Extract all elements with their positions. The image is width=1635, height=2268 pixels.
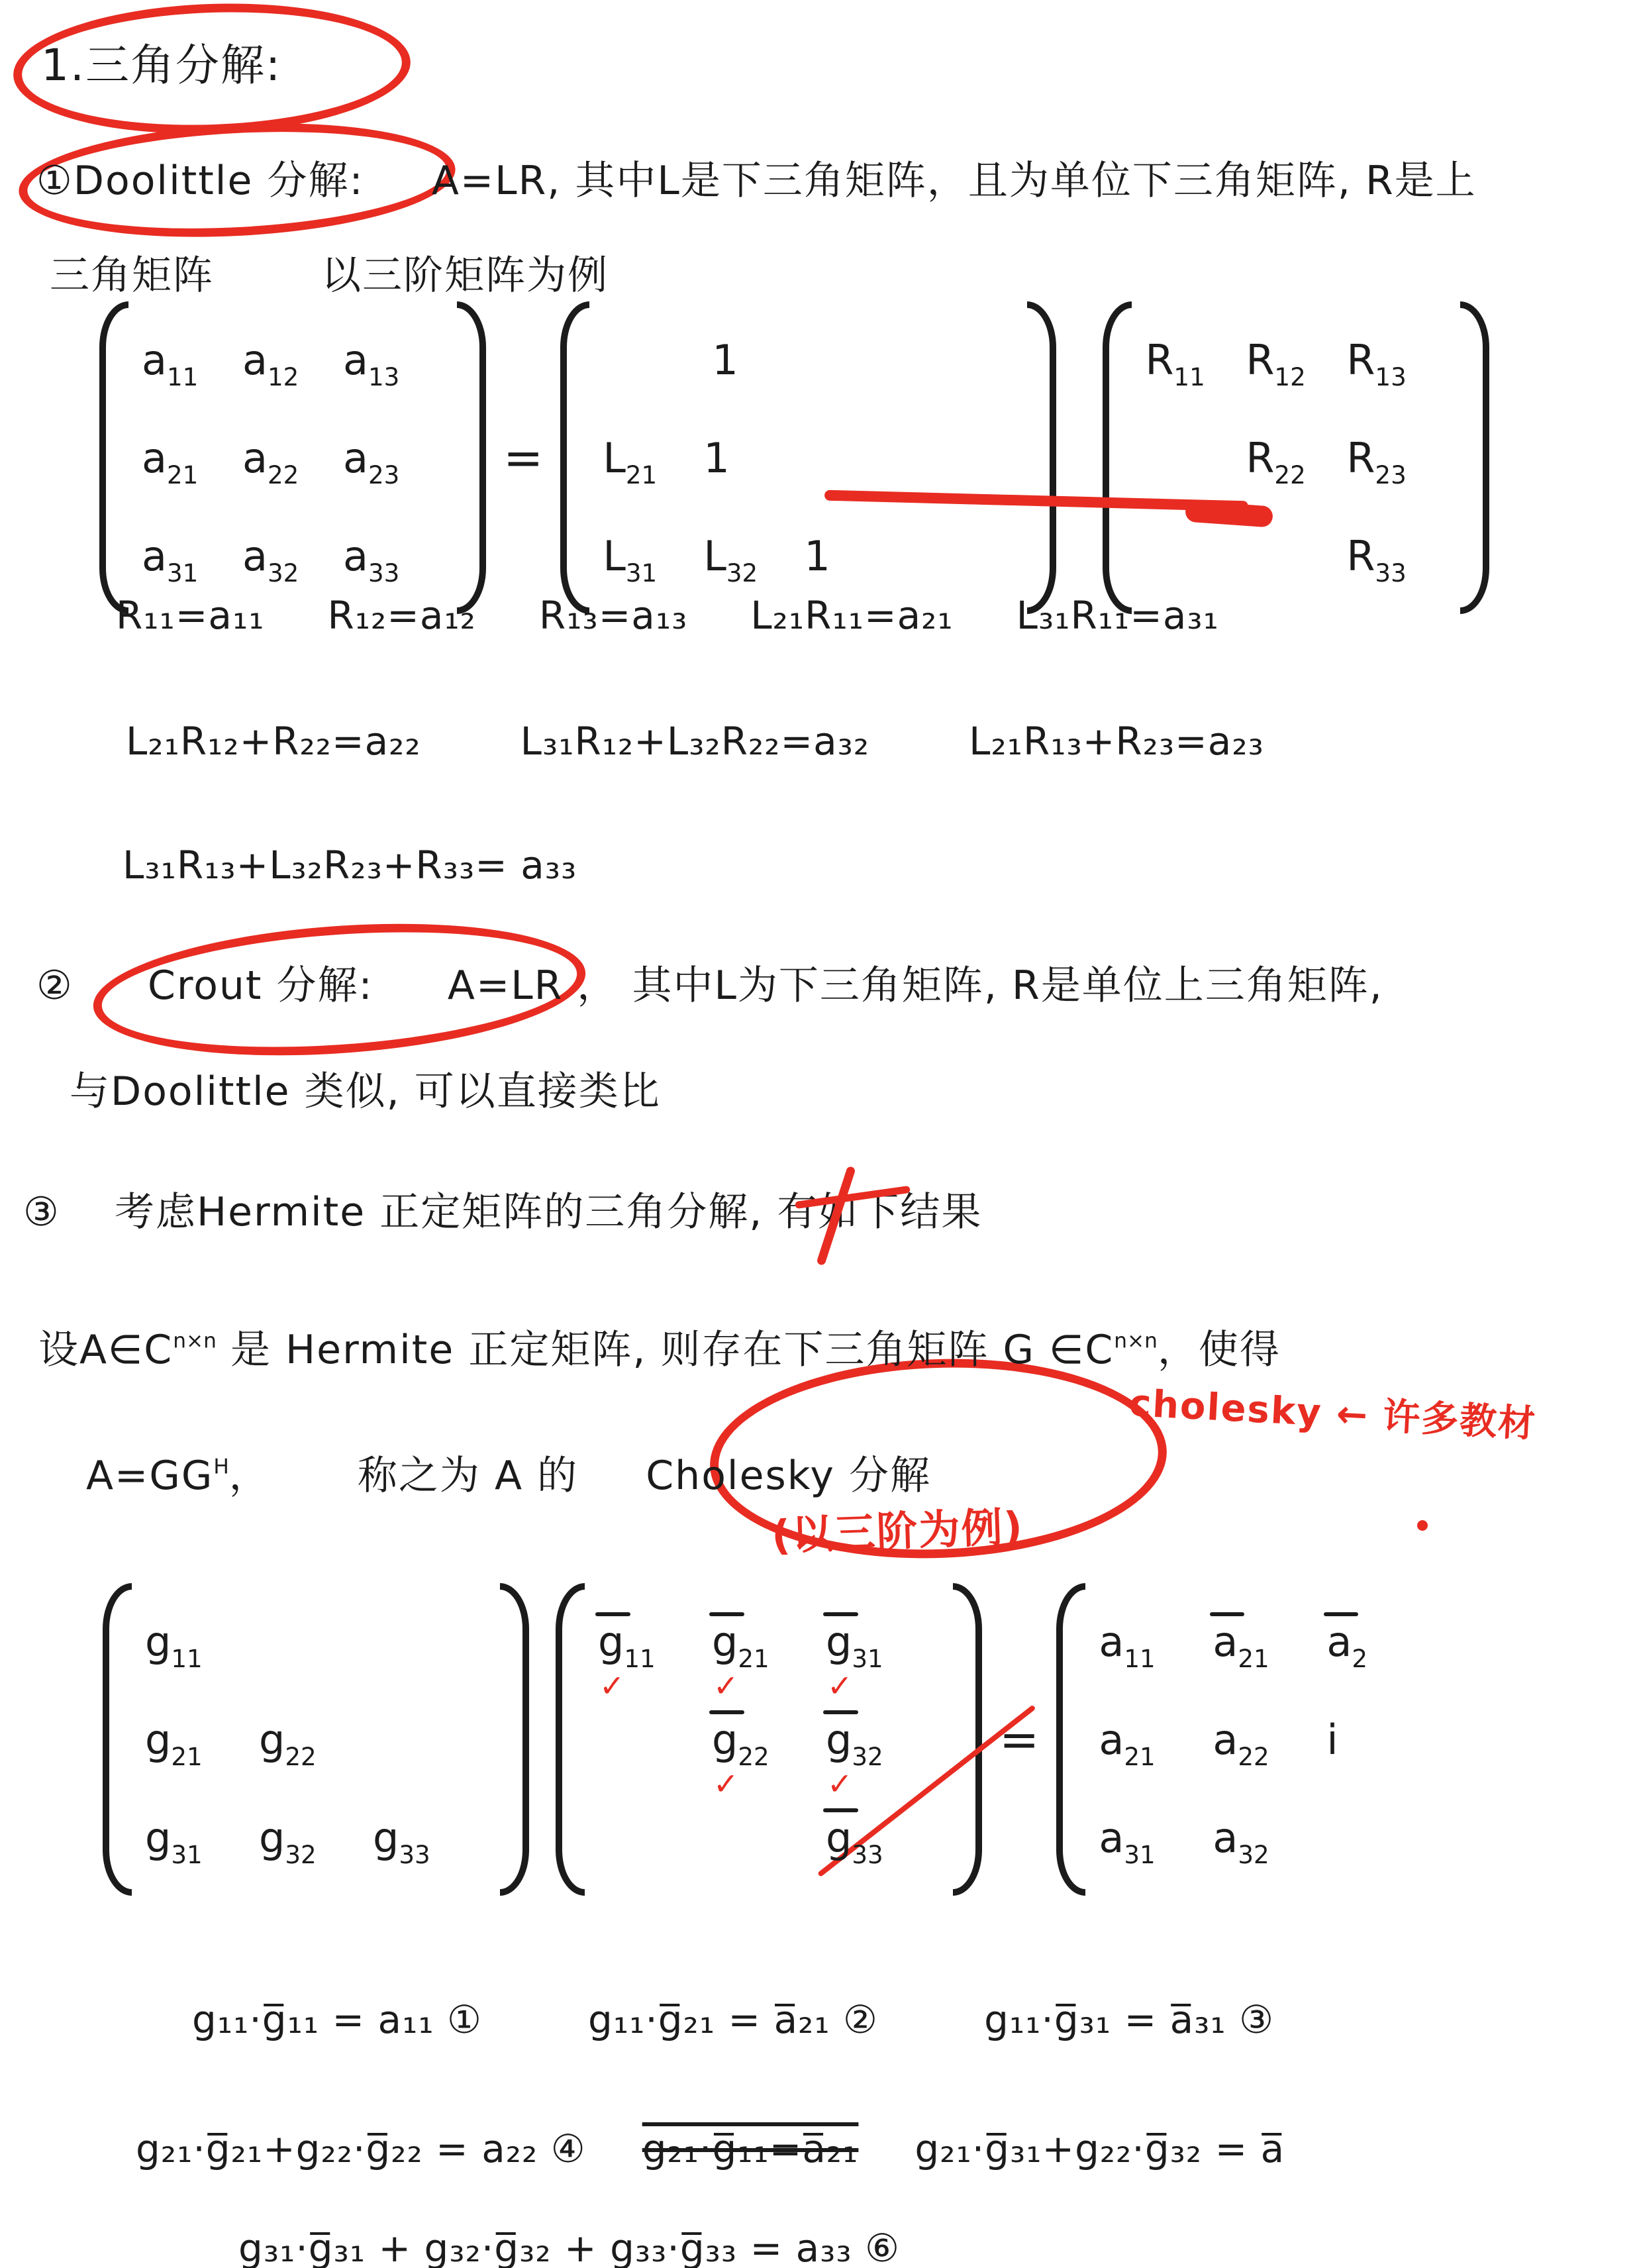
matrix-cell: a13 xyxy=(343,311,444,409)
superscript-nxn: n×n xyxy=(173,1329,217,1353)
matrix-R: R11R12R13R22R23R33 xyxy=(1103,301,1489,614)
matrix-G-conjugate-transpose: g11g21g31g22g32g33 xyxy=(556,1583,982,1896)
matrix-cell: L31 xyxy=(603,507,703,605)
matrix-cell: 1 xyxy=(712,311,813,409)
right-paren-icon xyxy=(953,1583,982,1896)
cholesky-called-text: 称之为 A 的 xyxy=(358,1453,578,1499)
matrix-cell: 1 xyxy=(804,507,905,605)
page-title: 1.三角分解: xyxy=(41,30,281,93)
cholesky-matrix-equation: g11g21g22g31g32g33 g11g21g31g22g32g33 = … xyxy=(103,1583,1444,1896)
matrix-cell: g22 xyxy=(712,1690,826,1788)
matrix-cell: R12 xyxy=(1246,311,1346,409)
matrix-cell: g11 xyxy=(145,1592,259,1690)
matrix-cell: a31 xyxy=(142,507,242,605)
doolittle-eq-row2: L₂₁R₁₂+R₂₂=a₂₂ L₃₁R₁₂+L₃₂R₂₂=a₃₂ L₂₁R₁₃+… xyxy=(126,719,1264,764)
matrix-cell: g31 xyxy=(145,1788,259,1886)
matrix-A-hermite: a11a21a2a21a22ia31a32 xyxy=(1056,1583,1444,1896)
matrix-cell: a33 xyxy=(343,507,444,605)
left-paren-icon xyxy=(1056,1583,1085,1896)
cholesky-definition-line: A=GGH， 称之为 A 的 Cholesky 分解 xyxy=(86,1444,931,1501)
matrix-cell-empty xyxy=(259,1592,373,1690)
equation: L₂₁R₁₁=a₂₁ xyxy=(750,593,953,638)
cholesky-eq-row1: g₁₁·g̅₁₁ = a₁₁ ① g₁₁·g̅₂₁ = a̅₂₁ ② g₁₁·g… xyxy=(192,1997,1274,2042)
matrix-cell: 1 xyxy=(703,409,804,507)
equation: R₁₂=a₁₂ xyxy=(327,593,475,638)
hermite-setup-line: 设A∈Cn×n 是 Hermite 正定矩阵, 则存在下三角矩阵 G ∈Cn×n… xyxy=(38,1318,1281,1375)
crout-heading-line: ② Crout 分解: A=LR ， 其中L为下三角矩阵, R是单位上三角矩阵, xyxy=(36,954,1383,1011)
right-paren-icon xyxy=(457,301,486,614)
matrix-cell: g11 xyxy=(598,1592,712,1690)
matrix-cell: R22 xyxy=(1246,409,1346,507)
matrix-cell: a12 xyxy=(242,311,343,409)
doolittle-intro-line2: 三角矩阵 以三阶矩阵为例 xyxy=(50,244,609,301)
right-paren-icon xyxy=(500,1583,529,1896)
equation: g₁₁·g̅₁₁ = a₁₁ ① xyxy=(192,1997,482,2042)
matrix-cell: a32 xyxy=(242,507,343,605)
equation: L₃₁R₁₂+L₃₂R₂₂=a₃₂ xyxy=(520,719,869,764)
matrix-cell-empty xyxy=(1145,409,1246,507)
left-paren-icon xyxy=(99,301,128,614)
matrix-cell: g32 xyxy=(259,1788,373,1886)
doolittle-eq-row1: R₁₁=a₁₁ R₁₂=a₁₂ R₁₃=a₁₃ L₂₁R₁₁=a₂₁ L₃₁R₁… xyxy=(116,593,1219,638)
matrix-cell: a22 xyxy=(1213,1690,1326,1788)
equation: L₂₁R₁₃+R₂₃=a₂₃ xyxy=(969,719,1264,764)
superscript-nxn: n×n xyxy=(1114,1329,1158,1353)
matrix-cell: R33 xyxy=(1346,507,1447,605)
doolittle-intro1: A=LR, 其中L是下三角矩阵，且为单位下三角矩阵, R是上 xyxy=(432,158,1477,204)
equation: g₁₁·g̅₃₁ = a̅₃₁ ③ xyxy=(984,1997,1274,2042)
doolittle-eq-row3: L₃₁R₁₃+L₃₂R₂₃+R₃₃= a₃₃ xyxy=(123,843,577,888)
left-paren-icon xyxy=(1103,301,1132,614)
right-paren-icon xyxy=(1460,301,1489,614)
matrix-cell: a11 xyxy=(142,311,242,409)
cholesky-eq-row2: g₂₁·g̅₂₁+g₂₂·g̅₂₂ = a₂₂ ④ g₂₁·g̅₁₁=a̅₂₁ … xyxy=(136,2126,1285,2171)
matrix-cell: g31 xyxy=(826,1592,940,1690)
cholesky-formula: A=GG xyxy=(86,1453,213,1499)
equation: L₂₁R₁₂+R₂₂=a₂₂ xyxy=(126,719,421,764)
doolittle-label: Doolittle 分解: xyxy=(74,158,364,204)
setup-mid: 是 Hermite 正定矩阵, 则存在下三角矩阵 G ∈C xyxy=(230,1327,1114,1373)
setup-pre: 设A∈C xyxy=(38,1327,173,1373)
crout-analogy-text: 与Doolittle 类似, 可以直接类比 xyxy=(70,1068,661,1115)
matrix-cell-empty xyxy=(813,311,913,409)
ink-layer: 1.三角分解: ①Doolittle 分解: A=LR, 其中L是下三角矩阵，且… xyxy=(0,0,1635,2268)
crout-label: Crout 分解: xyxy=(148,962,373,1009)
crout-number: ② xyxy=(36,962,74,1009)
matrix-cell: a21 xyxy=(142,409,242,507)
matrix-cell-empty xyxy=(598,1788,712,1886)
matrix-L: 1L211L31L321 xyxy=(560,301,1056,614)
crout-intro: A=LR ， 其中L为下三角矩阵, R是单位上三角矩阵, xyxy=(448,962,1383,1009)
matrix-cell: a23 xyxy=(343,409,444,507)
matrix-cell: g32 xyxy=(826,1690,940,1788)
matrix-cell-empty xyxy=(373,1592,487,1690)
matrix-cell: a21 xyxy=(1099,1690,1213,1788)
matrix-cell-empty xyxy=(712,1788,826,1886)
matrix-cell: L32 xyxy=(703,507,804,605)
matrix-cell: R23 xyxy=(1346,409,1447,507)
equation: g₂₁·g̅₂₁+g₂₂·g̅₂₂ = a₂₂ ④ xyxy=(136,2126,586,2171)
handwritten-notes-page: 1.三角分解: ①Doolittle 分解: A=LR, 其中L是下三角矩阵，且… xyxy=(0,0,1635,2268)
red-note-example: (以三阶为例) xyxy=(771,1494,1025,1561)
left-paren-icon xyxy=(103,1583,132,1896)
equation: L₃₁R₁₁=a₃₁ xyxy=(1016,593,1219,638)
left-paren-icon xyxy=(556,1583,585,1896)
crout-line2: 与Doolittle 类似, 可以直接类比 xyxy=(70,1060,661,1117)
equation: R₁₁=a₁₁ xyxy=(116,593,264,638)
superscript-H: H xyxy=(213,1455,228,1479)
doolittle-number: ① xyxy=(36,158,74,204)
matrix-cell: a21 xyxy=(1213,1592,1326,1690)
matrix-cell: R11 xyxy=(1145,311,1246,409)
matrix-cell: a31 xyxy=(1099,1788,1213,1886)
matrix-cell: a32 xyxy=(1213,1788,1326,1886)
matrix-cell: R13 xyxy=(1346,311,1447,409)
matrix-cell: L21 xyxy=(603,409,703,507)
matrix-cell: g33 xyxy=(373,1788,487,1886)
cholesky-eq-row3: g₃₁·g̅₃₁ + g₃₂·g̅₃₂ + g₃₃·g̅₃₃ = a₃₃ ⑥ xyxy=(238,2226,900,2268)
matrix-A: a11a12a13a21a22a23a31a32a33 xyxy=(99,301,486,614)
doolittle-matrix-equation: a11a12a13a21a22a23a31a32a33 = 1L211L31L3… xyxy=(99,301,1489,614)
matrix-cell: g33 xyxy=(826,1788,940,1886)
matrix-cell: g21 xyxy=(712,1592,826,1690)
matrix-cell-empty xyxy=(598,1690,712,1788)
matrix-cell-empty xyxy=(913,311,1014,409)
matrix-cell-empty xyxy=(1326,1788,1440,1886)
matrix-cell: a11 xyxy=(1099,1592,1213,1690)
red-note-cholesky: cholesky ← 许多教材 xyxy=(1128,1374,1538,1448)
comma: ， xyxy=(229,1453,270,1499)
equation: R₁₃=a₁₃ xyxy=(539,593,687,638)
equation: g₃₁·g̅₃₁ + g₃₂·g̅₃₂ + g₃₃·g̅₃₃ = a₃₃ ⑥ xyxy=(238,2226,900,2268)
doolittle-intro2: 三角矩阵 xyxy=(50,252,214,299)
matrix-cell: a2 xyxy=(1326,1592,1440,1690)
equals-sign: = xyxy=(486,430,560,486)
matrix-cell: g21 xyxy=(145,1690,259,1788)
cholesky-name: Cholesky 分解 xyxy=(646,1453,931,1499)
matrix-cell-empty xyxy=(373,1690,487,1788)
red-dot xyxy=(1417,1520,1428,1531)
right-paren-icon xyxy=(1027,301,1056,614)
left-paren-icon xyxy=(560,301,589,614)
matrix-cell: i xyxy=(1326,1690,1440,1788)
matrix-G: g11g21g22g31g32g33 xyxy=(103,1583,529,1896)
hermite-number: ③ xyxy=(23,1189,60,1235)
equation: g₁₁·g̅₂₁ = a̅₂₁ ② xyxy=(588,1997,878,2042)
equation: g₂₁·g̅₃₁+g₂₂·g̅₃₂ = a̅ xyxy=(915,2126,1285,2171)
matrix-cell: a22 xyxy=(242,409,343,507)
setup-post: ，使得 xyxy=(1158,1327,1281,1373)
matrix-cell: g22 xyxy=(259,1690,373,1788)
equation-crossed-out: g₂₁·g̅₁₁=a̅₂₁ xyxy=(642,2126,859,2171)
equation: L₃₁R₁₃+L₃₂R₂₃+R₃₃= a₃₃ xyxy=(123,843,577,888)
doolittle-heading-line: ①Doolittle 分解: A=LR, 其中L是下三角矩阵，且为单位下三角矩阵… xyxy=(36,149,1477,206)
doolittle-intro2b: 以三阶矩阵为例 xyxy=(321,252,609,299)
